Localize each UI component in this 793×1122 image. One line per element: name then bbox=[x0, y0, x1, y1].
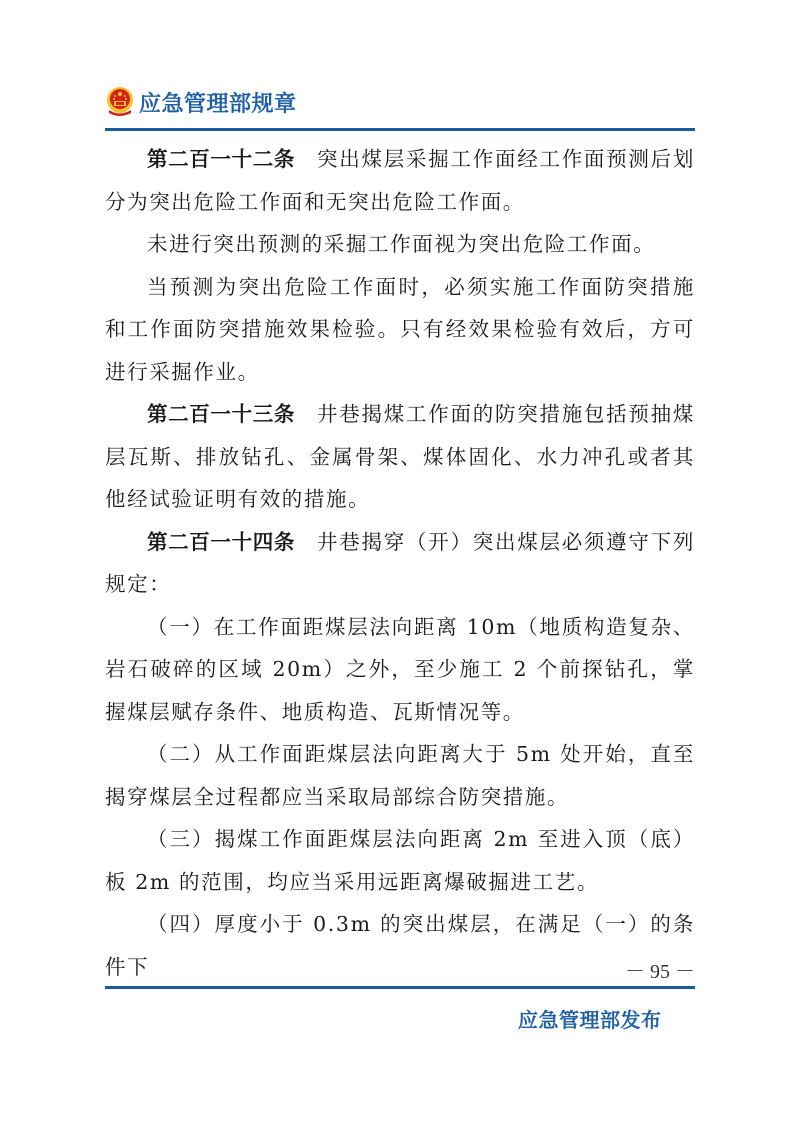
article-212-paragraph-1: 第二百一十二条突出煤层采掘工作面经工作面预测后划分为突出危险工作面和无突出危险工… bbox=[105, 138, 695, 223]
article-212-paragraph-2: 未进行突出预测的采掘工作面视为突出危险工作面。 bbox=[105, 223, 695, 266]
article-number: 第二百一十四条 bbox=[147, 530, 295, 554]
page-header: 应急管理部规章 bbox=[105, 82, 297, 122]
article-214-item-3: （三）揭煤工作面距煤层法向距离 2m 至进入顶（底）板 2m 的范围，均应当采用… bbox=[105, 818, 695, 903]
article-214-item-1: （一）在工作面距煤层法向距离 10m（地质构造复杂、岩石破碎的区域 20m）之外… bbox=[105, 606, 695, 734]
national-emblem-icon bbox=[105, 86, 135, 118]
article-213-paragraph-1: 第二百一十三条井巷揭煤工作面的防突措施包括预抽煤层瓦斯、排放钻孔、金属骨架、煤体… bbox=[105, 393, 695, 521]
document-body: 第二百一十二条突出煤层采掘工作面经工作面预测后划分为突出危险工作面和无突出危险工… bbox=[105, 138, 695, 988]
article-214-item-2: （二）从工作面距煤层法向距离大于 5m 处开始，直至揭穿煤层全过程都应当采取局部… bbox=[105, 733, 695, 818]
article-214-item-4: （四）厚度小于 0.3m 的突出煤层，在满足（一）的条件下 bbox=[105, 903, 695, 988]
article-number: 第二百一十二条 bbox=[147, 147, 295, 171]
article-212-paragraph-3: 当预测为突出危险工作面时，必须实施工作面防突措施和工作面防突措施效果检验。只有经… bbox=[105, 266, 695, 394]
article-number: 第二百一十三条 bbox=[147, 402, 295, 426]
article-214-paragraph-1: 第二百一十四条井巷揭穿（开）突出煤层必须遵守下列规定： bbox=[105, 521, 695, 606]
page-number: － 95 － bbox=[620, 955, 695, 984]
header-divider bbox=[105, 128, 695, 131]
footer-divider bbox=[105, 986, 695, 989]
header-title: 应急管理部规章 bbox=[139, 87, 297, 118]
footer-publisher: 应急管理部发布 bbox=[518, 1004, 662, 1033]
